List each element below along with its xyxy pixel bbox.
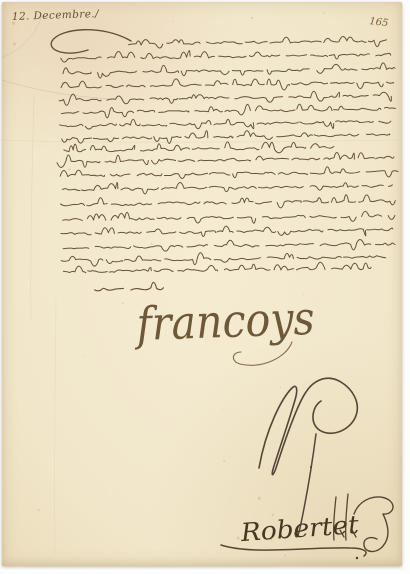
royal-signature-francoys: francoys <box>133 291 315 351</box>
date-annotation: 12. Decembre./ <box>12 8 101 23</box>
ink-layer: 12. Decembre./ 165 francoys Robertet <box>0 0 410 574</box>
folio-number: 165 <box>369 16 389 29</box>
handwritten-body-text <box>56 36 400 291</box>
photo-background: 12. Decembre./ 165 francoys Robertet <box>0 0 410 574</box>
paper-crease-lines <box>1 16 400 555</box>
secretary-signature-robertet: Robertet <box>239 510 361 547</box>
manuscript-paper: 12. Decembre./ 165 francoys Robertet <box>2 2 402 566</box>
